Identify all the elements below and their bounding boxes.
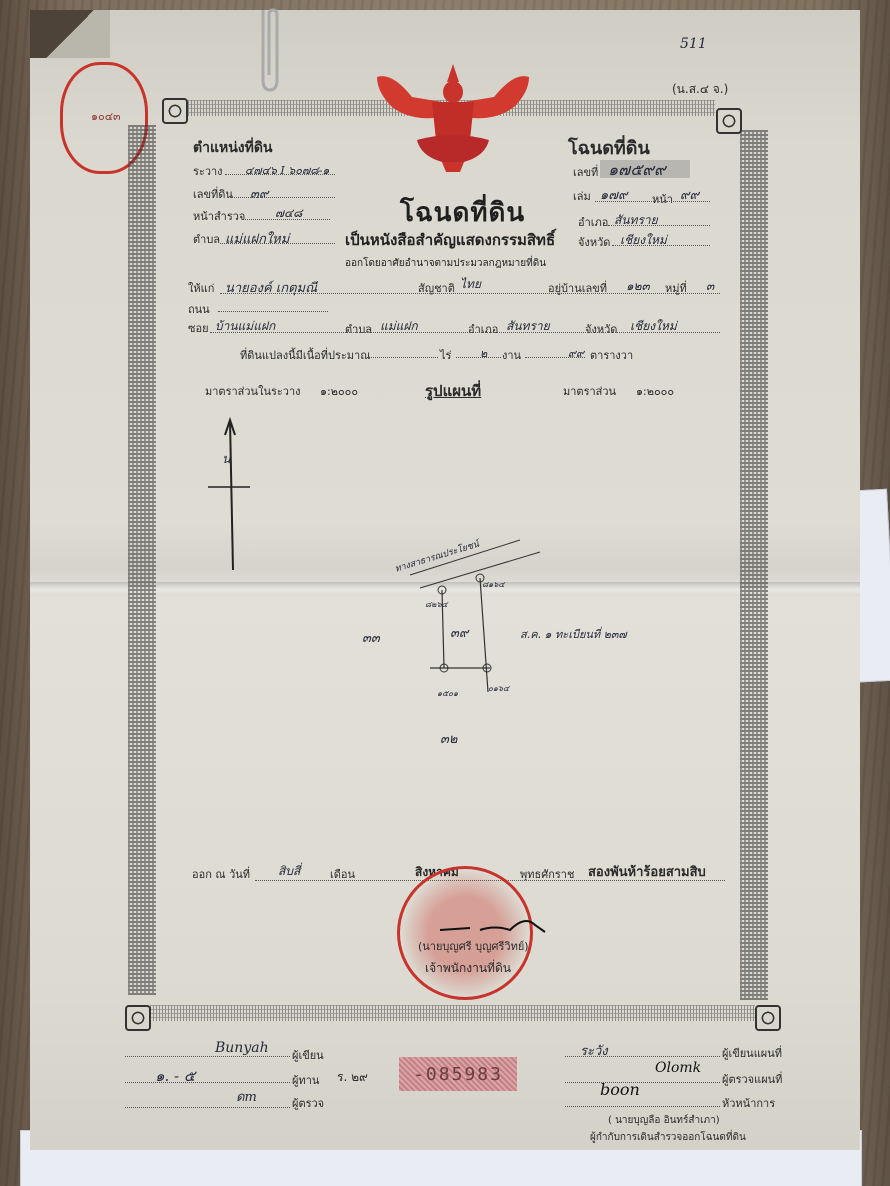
moo-label: หมู่ที่ xyxy=(665,279,687,297)
field-label: เลขที่ xyxy=(573,163,598,181)
owner-name: นายองค์ เกตุมณี xyxy=(225,277,317,298)
field-label: ตำบล xyxy=(193,230,220,248)
form-code: (น.ส.๔ จ.) xyxy=(672,80,728,99)
signature: Bunyah xyxy=(215,1040,269,1056)
signer-line xyxy=(125,1082,290,1083)
signer-role: ผู้เขียน xyxy=(292,1046,324,1064)
field-label: หน้า xyxy=(652,190,673,208)
field-label: หน้าสำรวจ xyxy=(193,207,245,225)
signer-extra: ร. ๒๙ xyxy=(337,1068,368,1087)
scale-right-value: ๑:๒๐๐๐ xyxy=(636,382,674,400)
adjacent-south: ๓๒ xyxy=(440,728,457,749)
signer-line xyxy=(125,1056,290,1057)
amphoe-value: สันทราย xyxy=(506,317,550,336)
owner-label: ให้แก่ xyxy=(188,279,214,297)
official-title: เจ้าพนักงานที่ดิน xyxy=(425,959,511,978)
map-heading: รูปแผนที่ xyxy=(425,379,481,403)
north-arrow-icon xyxy=(205,415,255,575)
province-value: เชียงใหม่ xyxy=(630,317,677,336)
adjacent-east: ส.ค. ๑ ทะเบียนที่ ๒๓๗ xyxy=(520,625,627,643)
field-value: ๓๙ xyxy=(250,183,268,204)
document-title: โฉนดที่ดิน xyxy=(400,192,525,233)
amphoe-label: อำเภอ xyxy=(468,320,498,338)
decorative-border-left xyxy=(128,125,156,995)
ngan-value: ๒ xyxy=(480,344,487,362)
wa-value: ๙๙ xyxy=(568,344,584,362)
field-line xyxy=(612,245,710,246)
field-line xyxy=(230,197,335,198)
adjacent-west: ๓๓ xyxy=(362,627,380,648)
serial-number: -085983 xyxy=(399,1057,517,1091)
area-intro: ที่ดินแปลงนี้มีเนื้อที่ประมาณ xyxy=(240,346,370,364)
field-value: ๗๔๘ xyxy=(275,204,302,223)
signer-line xyxy=(565,1056,720,1057)
scale-left-value: ๑:๒๐๐๐ xyxy=(320,382,358,400)
issue-label: ออก ณ วันที่ xyxy=(192,865,250,883)
field-value: แม่แฝกใหม่ xyxy=(225,228,289,249)
left-header-heading: ตำแหน่งที่ดิน xyxy=(193,137,273,159)
soi-value: บ้านแม่แฝก xyxy=(215,317,275,336)
north-label: น xyxy=(222,448,231,469)
nationality-label: สัญชาติ xyxy=(418,279,455,297)
corner-ornament-icon xyxy=(125,1005,151,1031)
marker-label: ๘๑๖๔ xyxy=(482,578,504,591)
signer-line xyxy=(565,1082,720,1083)
field-line xyxy=(245,219,330,220)
ngan-label: งาน xyxy=(502,346,521,364)
signer-role: ผู้เขียนแผนที่ xyxy=(722,1044,782,1062)
corner-ornament-icon xyxy=(162,98,188,124)
official-name: (นายบุญศรี บุญศรีวิทย์) xyxy=(418,937,529,955)
soi-label: ซอย xyxy=(188,319,209,337)
address-line xyxy=(210,332,720,333)
marker-label: ๑๕๐๑ xyxy=(437,687,458,700)
folded-corner xyxy=(30,10,110,58)
signer-role: หัวหน้าการ xyxy=(722,1094,775,1112)
corner-note: 511 xyxy=(680,36,707,52)
nationality-value: ไทย xyxy=(460,275,481,294)
road-line xyxy=(218,311,328,312)
signer-line xyxy=(565,1106,720,1107)
field-value: เชียงใหม่ xyxy=(620,231,667,250)
wa-label: ตารางวา xyxy=(590,346,633,364)
document-subtitle: เป็นหนังสือสำคัญแสดงกรรมสิทธิ์ xyxy=(345,228,555,252)
head-caption: ผู้กำกับการเดินสำรวจออกโฉนดที่ดิน xyxy=(590,1130,746,1145)
tambon-label: ตำบล xyxy=(345,320,372,338)
corner-ornament-icon xyxy=(716,108,742,134)
field-line xyxy=(225,174,335,175)
paper-clip-icon xyxy=(255,10,285,95)
head-name: ( นายบุญลือ อินทร์สำเภา) xyxy=(608,1113,720,1128)
scale-left-label: มาตราส่วนในระวาง xyxy=(205,382,301,400)
signer-line xyxy=(125,1107,290,1108)
field-value: สันทราย xyxy=(614,211,658,230)
field-line xyxy=(220,243,335,244)
tambon-value: แม่แฝก xyxy=(380,317,418,336)
field-label: จังหวัด xyxy=(578,233,610,251)
owner-line xyxy=(220,293,720,294)
ngan-line xyxy=(456,357,501,358)
field-value: ๔๗๔๖ I ๖๐๗๘-๑ xyxy=(245,161,329,179)
marker-label: ๐๑๖๔ xyxy=(488,682,509,695)
house-no-label: อยู่บ้านเลขที่ xyxy=(548,279,607,297)
signature: ดm xyxy=(236,1086,257,1107)
issue-year: สองพันห้าร้อยสามสิบ xyxy=(588,861,706,882)
rai-line xyxy=(368,357,438,358)
decorative-border-bottom xyxy=(150,1005,755,1021)
official-signature xyxy=(440,910,550,940)
parcel-number: ๓๙ xyxy=(450,622,468,643)
field-value: ๑๗๕๙๙ xyxy=(608,158,666,183)
signer-role: ผู้ตรวจแผนที่ xyxy=(722,1070,782,1088)
signer-role: ผู้ตรวจ xyxy=(292,1094,324,1112)
legal-basis: ออกโดยอาศัยอำนาจตามประมวลกฎหมายที่ดิน xyxy=(345,256,546,271)
issue-day: สิบสี่ xyxy=(278,862,300,881)
field-label: เลขที่ดิน xyxy=(193,185,233,203)
road-label: ถนน xyxy=(188,300,210,318)
field-line xyxy=(608,225,710,226)
corner-ornament-icon xyxy=(755,1005,781,1031)
scale-right-label: มาตราส่วน xyxy=(563,382,616,400)
field-label: เล่ม xyxy=(573,187,591,205)
signer-role: ผู้ทาน xyxy=(292,1071,319,1089)
signature: ๑. - ๕ xyxy=(155,1064,195,1088)
rai-label: ไร่ xyxy=(440,346,451,364)
old-stamp-number: ๑๐๔๓ xyxy=(91,107,121,125)
field-label: ระวาง xyxy=(193,162,223,180)
garuda-emblem-icon xyxy=(372,62,534,174)
province-label: จังหวัด xyxy=(585,320,617,338)
signature: ระวัง xyxy=(580,1040,608,1061)
signature: boon xyxy=(600,1080,640,1099)
field-label: อำเภอ xyxy=(578,213,608,231)
marker-label: ๘๒๖๔ xyxy=(425,598,448,611)
field-line xyxy=(595,201,710,202)
signature: Olomk xyxy=(655,1060,701,1076)
decorative-border-right xyxy=(740,130,768,1000)
